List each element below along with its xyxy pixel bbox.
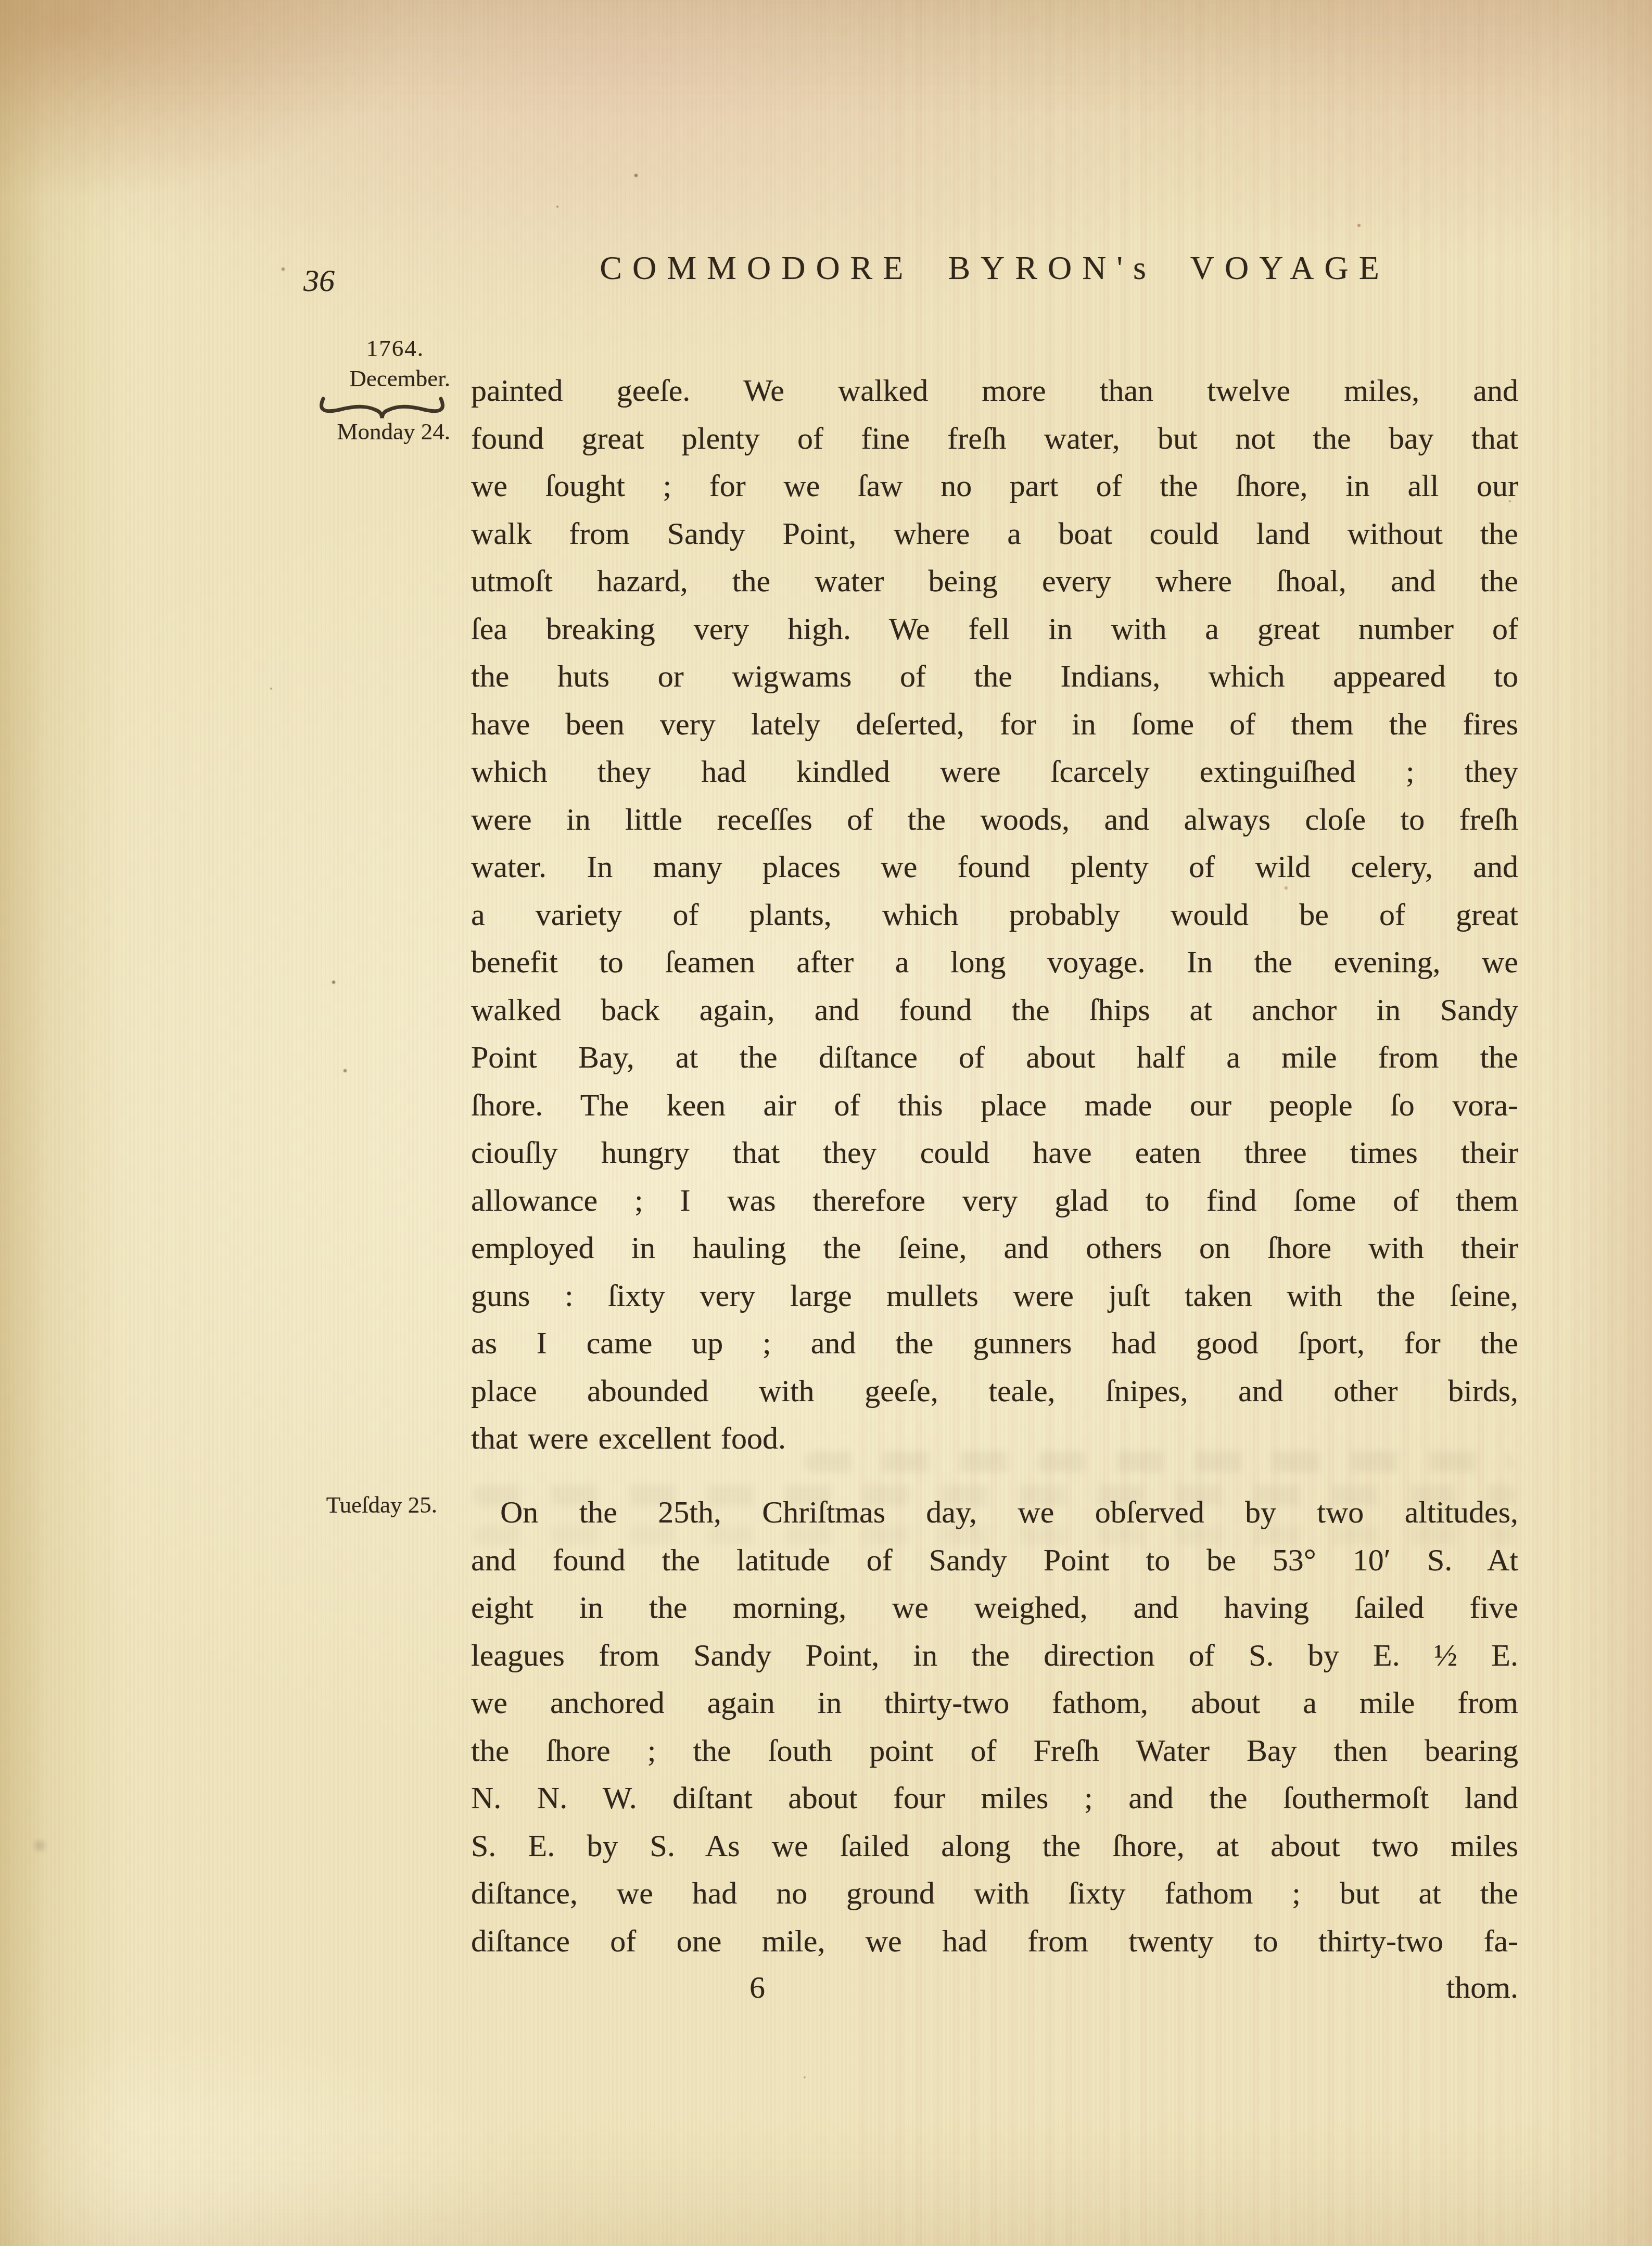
text-line: we ſought ; for we ſaw no part of the ſh…	[471, 462, 1518, 510]
text-line: we anchored again in thirty-two fathom, …	[471, 1679, 1518, 1727]
paper-specks	[0, 0, 1, 1]
text-line: allowance ; I was therefore very glad to…	[471, 1177, 1518, 1225]
text-line: place abounded with geeſe, teale, ſnipes…	[471, 1367, 1518, 1415]
text-line: ſhore. The keen air of this place made o…	[471, 1082, 1518, 1130]
text-line: ſea breaking very high. We fell in with …	[471, 605, 1518, 653]
margin-note-year: 1764.	[366, 333, 424, 363]
text-line: the ſhore ; the ſouth point of Freſh Wat…	[471, 1727, 1518, 1775]
text-line: guns : ſixty very large mullets were juſ…	[471, 1272, 1518, 1320]
page-number: 36	[303, 263, 335, 299]
text-line: which they had kindled were ſcarcely ext…	[471, 748, 1518, 796]
text-line: have been very lately deſerted, for in ſ…	[471, 701, 1518, 748]
margin-note-day: Monday 24.	[337, 416, 451, 447]
margin-note-month: December.	[349, 363, 450, 394]
paragraph-monday-24: painted geeſe. We walked more than twelv…	[471, 367, 1518, 1463]
text-line: diſtance of one mile, we had from twenty…	[471, 1918, 1518, 1965]
page-footer: 6 thom.	[471, 1963, 1518, 2011]
text-line: found great plenty of fine freſh water, …	[471, 415, 1518, 463]
text-line: benefit to ſeamen after a long voyage. I…	[471, 938, 1518, 986]
text-line: walk from Sandy Point, where a boat coul…	[471, 510, 1518, 558]
text-line: leagues from Sandy Point, in the directi…	[471, 1632, 1518, 1680]
text-line: water. In many places we found plenty of…	[471, 843, 1518, 891]
running-title: COMMODORE BYRON's VOYAGE	[471, 249, 1518, 287]
text-line: as I came up ; and the gunners had good …	[471, 1319, 1518, 1367]
text-line: painted geeſe. We walked more than twelv…	[471, 367, 1518, 415]
text-line: On the 25th, Chriſtmas day, we obſerved …	[471, 1489, 1518, 1537]
text-line: ciouſly hungry that they could have eate…	[471, 1129, 1518, 1177]
text-line: and found the latitude of Sandy Point to…	[471, 1537, 1518, 1584]
text-line: the huts or wigwams of the Indians, whic…	[471, 653, 1518, 701]
text-line: diſtance, we had no ground with ſixty fa…	[471, 1870, 1518, 1918]
signature-mark: 6	[749, 1963, 765, 2011]
text-line: S. E. by S. As we ſailed along the ſhore…	[471, 1822, 1518, 1870]
text-line: utmoſt hazard, the water being every whe…	[471, 557, 1518, 605]
margin-note-tuesday: Tueſday 25.	[326, 1490, 437, 1520]
text-line: were in little receſſes of the woods, an…	[471, 796, 1518, 844]
text-line: eight in the morning, we weighed, and ha…	[471, 1584, 1518, 1632]
text-line: a variety of plants, which probably woul…	[471, 891, 1518, 939]
text-line: walked back again, and found the ſhips a…	[471, 986, 1518, 1034]
catchword: thom.	[1446, 1963, 1518, 2011]
paragraph-tuesday-25: On the 25th, Chriſtmas day, we obſerved …	[471, 1489, 1518, 1965]
text-line: employed in hauling the ſeine, and other…	[471, 1224, 1518, 1272]
text-line: that were excellent food.	[471, 1415, 1518, 1463]
text-line: Point Bay, at the diſtance of about half…	[471, 1034, 1518, 1082]
text-line: N. N. W. diſtant about four miles ; and …	[471, 1774, 1518, 1822]
book-page: 36 COMMODORE BYRON's VOYAGE 1764. Decemb…	[0, 0, 1652, 2246]
